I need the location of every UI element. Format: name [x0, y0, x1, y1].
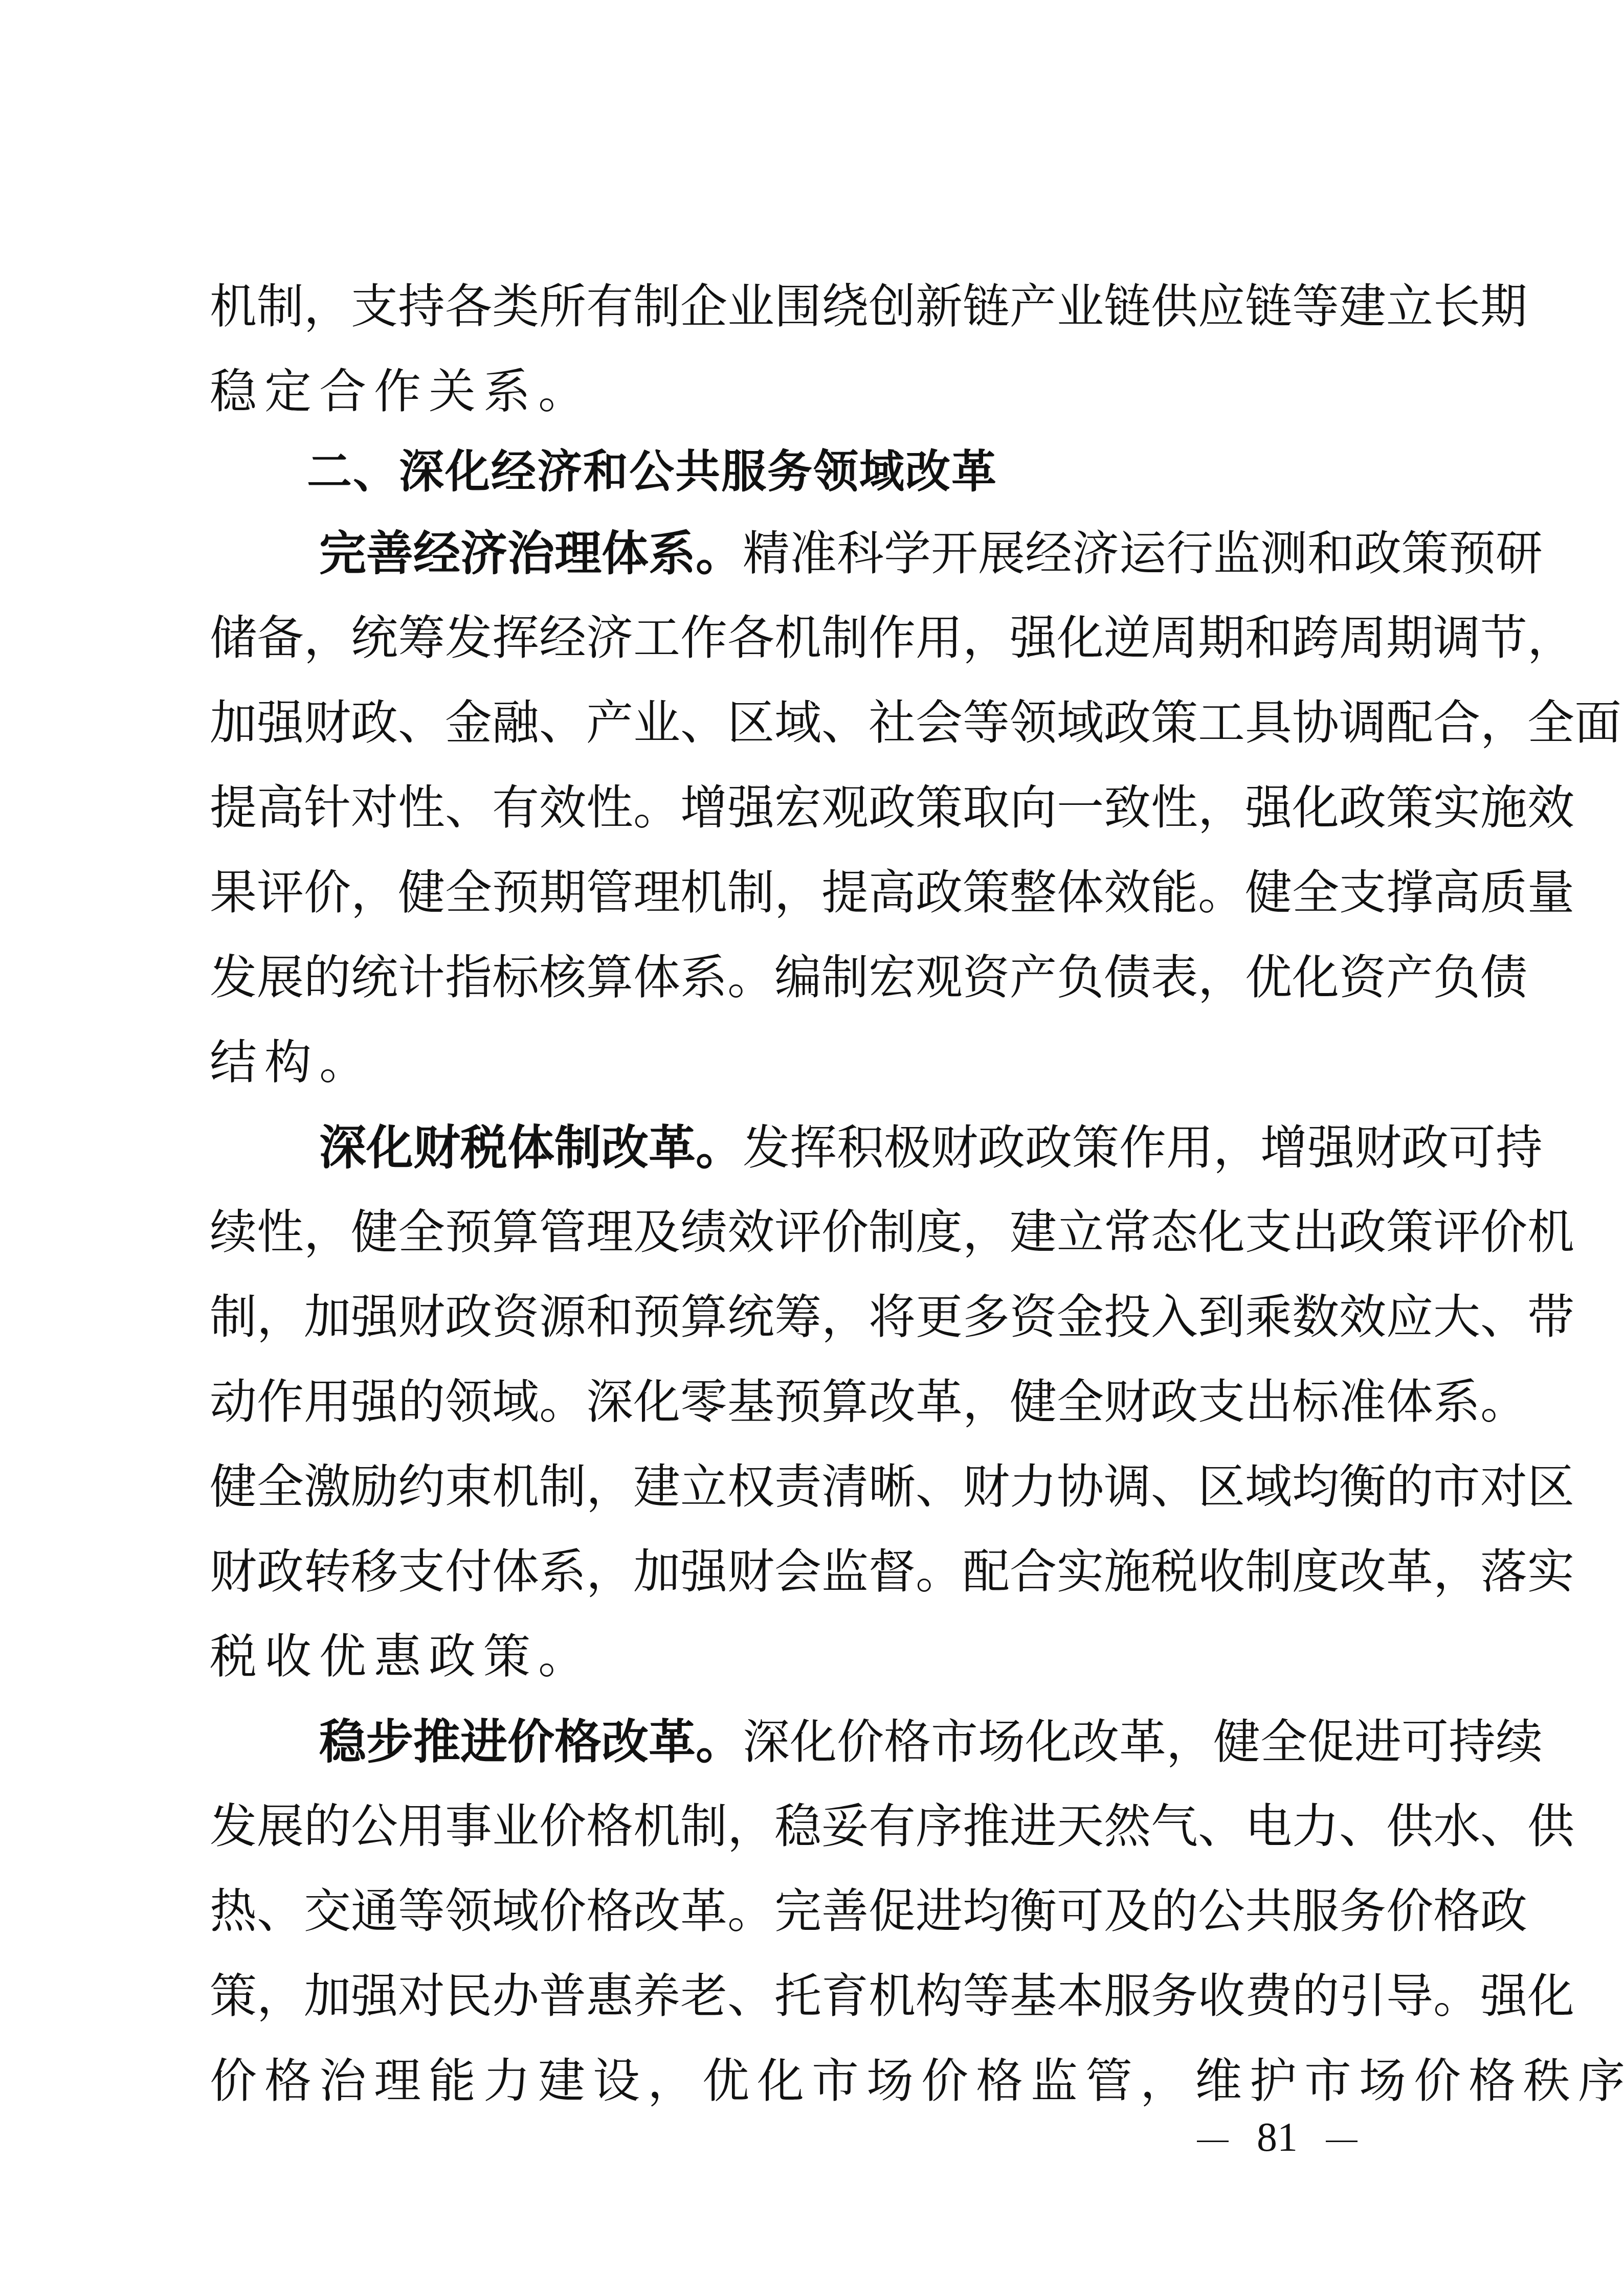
- body-text-line: 价格治理能力建设，优化市场价格监管，维护市场价格秩序。: [210, 2051, 1419, 2112]
- paragraph-lead-title: 深化财税体制改革。: [319, 1120, 743, 1175]
- body-text-line: 税收优惠政策。: [210, 1626, 1419, 1687]
- body-text-line: 策，加强对民办普惠养老、托育机构等基本服务收费的引导。强化: [210, 1966, 1419, 2027]
- paragraph-lead-title: 稳步推进价格改革。: [319, 1714, 743, 1769]
- body-text-line: 机制，支持各类所有制企业围绕创新链产业链供应链等建立长期: [210, 276, 1419, 337]
- page-number: 81: [1197, 2107, 1358, 2168]
- body-text-line: 储备，统筹发挥经济工作各机制作用，强化逆周期和跨周期调节，: [210, 607, 1419, 669]
- body-text-line: 财政转移支付体系，加强财会监督。配合实施税收制度改革，落实: [210, 1541, 1419, 1603]
- body-text-line: 发展的统计指标核算体系。编制宏观资产负债表，优化资产负债: [210, 947, 1419, 1008]
- paragraph-first-line: 完善经济治理体系。精准科学开展经济运行监测和政策预研: [319, 523, 1419, 584]
- document-page: 机制，支持各类所有制企业围绕创新链产业链供应链等建立长期 稳定合作关系。 二、深…: [0, 0, 1624, 2296]
- body-text-line: 健全激励约束机制，建立权责清晰、财力协调、区域均衡的市对区: [210, 1456, 1419, 1518]
- body-text-line: 续性，健全预算管理及绩效评价制度，建立常态化支出政策评价机: [210, 1202, 1419, 1263]
- body-text-line: 加强财政、金融、产业、区域、社会等领域政策工具协调配合，全面: [210, 692, 1419, 754]
- body-text-line: 动作用强的领域。深化零基预算改革，健全财政支出标准体系。: [210, 1371, 1419, 1433]
- paragraph-first-line: 深化财税体制改革。发挥积极财政政策作用，增强财政可持: [319, 1117, 1419, 1178]
- body-text-line: 热、交通等领域价格改革。完善促进均衡可及的公共服务价格政: [210, 1881, 1419, 1942]
- body-text-line: 制，加强财政资源和预算统筹，将更多资金投入到乘数效应大、带: [210, 1287, 1419, 1348]
- body-text-line: 稳定合作关系。: [210, 361, 1419, 422]
- paragraph-first-line: 稳步推进价格改革。深化价格市场化改革，健全促进可持续: [319, 1711, 1419, 1772]
- page-number-value: 81: [1257, 2115, 1298, 2160]
- paragraph-lead-title: 完善经济治理体系。: [319, 526, 743, 581]
- section-heading: 二、深化经济和公共服务领域改革: [307, 441, 997, 502]
- dash-right: [1326, 2141, 1358, 2142]
- body-text-line: 结构。: [210, 1032, 1419, 1093]
- paragraph-text: 深化价格市场化改革，健全促进可持续: [743, 1715, 1543, 1769]
- paragraph-text: 精准科学开展经济运行监测和政策预研: [743, 526, 1543, 581]
- body-text-line: 发展的公用事业价格机制，稳妥有序推进天然气、电力、供水、供: [210, 1796, 1419, 1857]
- body-text-line: 果评价，健全预期管理机制，提高政策整体效能。健全支撑高质量: [210, 862, 1419, 924]
- paragraph-text: 发挥积极财政政策作用，增强财政可持: [743, 1120, 1543, 1175]
- dash-left: [1197, 2141, 1229, 2142]
- body-text-line: 提高针对性、有效性。增强宏观政策取向一致性，强化政策实施效: [210, 777, 1419, 839]
